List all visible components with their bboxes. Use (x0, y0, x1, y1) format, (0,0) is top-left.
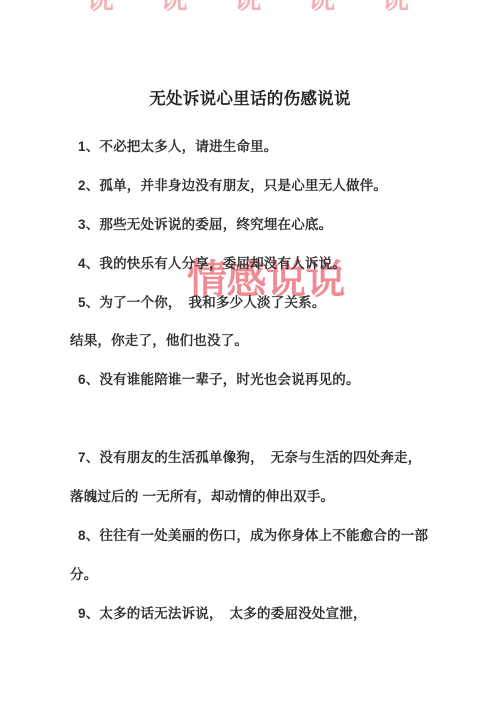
document-page: 说 说 说 说 说 无处诉说心里话的伤感说说 情感说说 1、不必把太多人，请进生… (0, 0, 500, 708)
text-line: 分。 (70, 556, 448, 595)
text-line: 4、我的快乐有人分享，委屈却没有人诉说。 (70, 245, 448, 284)
text-line: 9、太多的话无法诉说， 太多的委屈没处宣泄， (70, 595, 448, 634)
text-line: 1、不必把太多人，请进生命里。 (70, 128, 448, 167)
text-line: 落魄过后的 一无所有，却动情的伸出双手。 (70, 478, 448, 517)
text-line: 3、那些无处诉说的委屈，终究埋在心底。 (70, 206, 448, 245)
blank-line (70, 400, 448, 439)
top-edge-watermark-text: 说 说 说 说 说 (86, 0, 409, 13)
text-line: 7、没有朋友的生活孤单像狗， 无奈与生活的四处奔走， (70, 439, 448, 478)
text-line: 2、孤单，并非身边没有朋友，只是心里无人做伴。 (70, 167, 448, 206)
text-line: 8、往往有一处美丽的伤口，成为你身体上不能愈合的一部 (70, 517, 448, 556)
document-body: 1、不必把太多人，请进生命里。 2、孤单，并非身边没有朋友，只是心里无人做伴。 … (70, 128, 448, 634)
page-title: 无处诉说心里话的伤感说说 (0, 85, 500, 109)
text-line: 结果，你走了，他们也没了。 (70, 322, 448, 361)
text-line: 5、为了一个你， 我和多少人淡了关系。 (70, 284, 448, 323)
text-line: 6、没有谁能陪谁一辈子，时光也会说再见的。 (70, 361, 448, 400)
